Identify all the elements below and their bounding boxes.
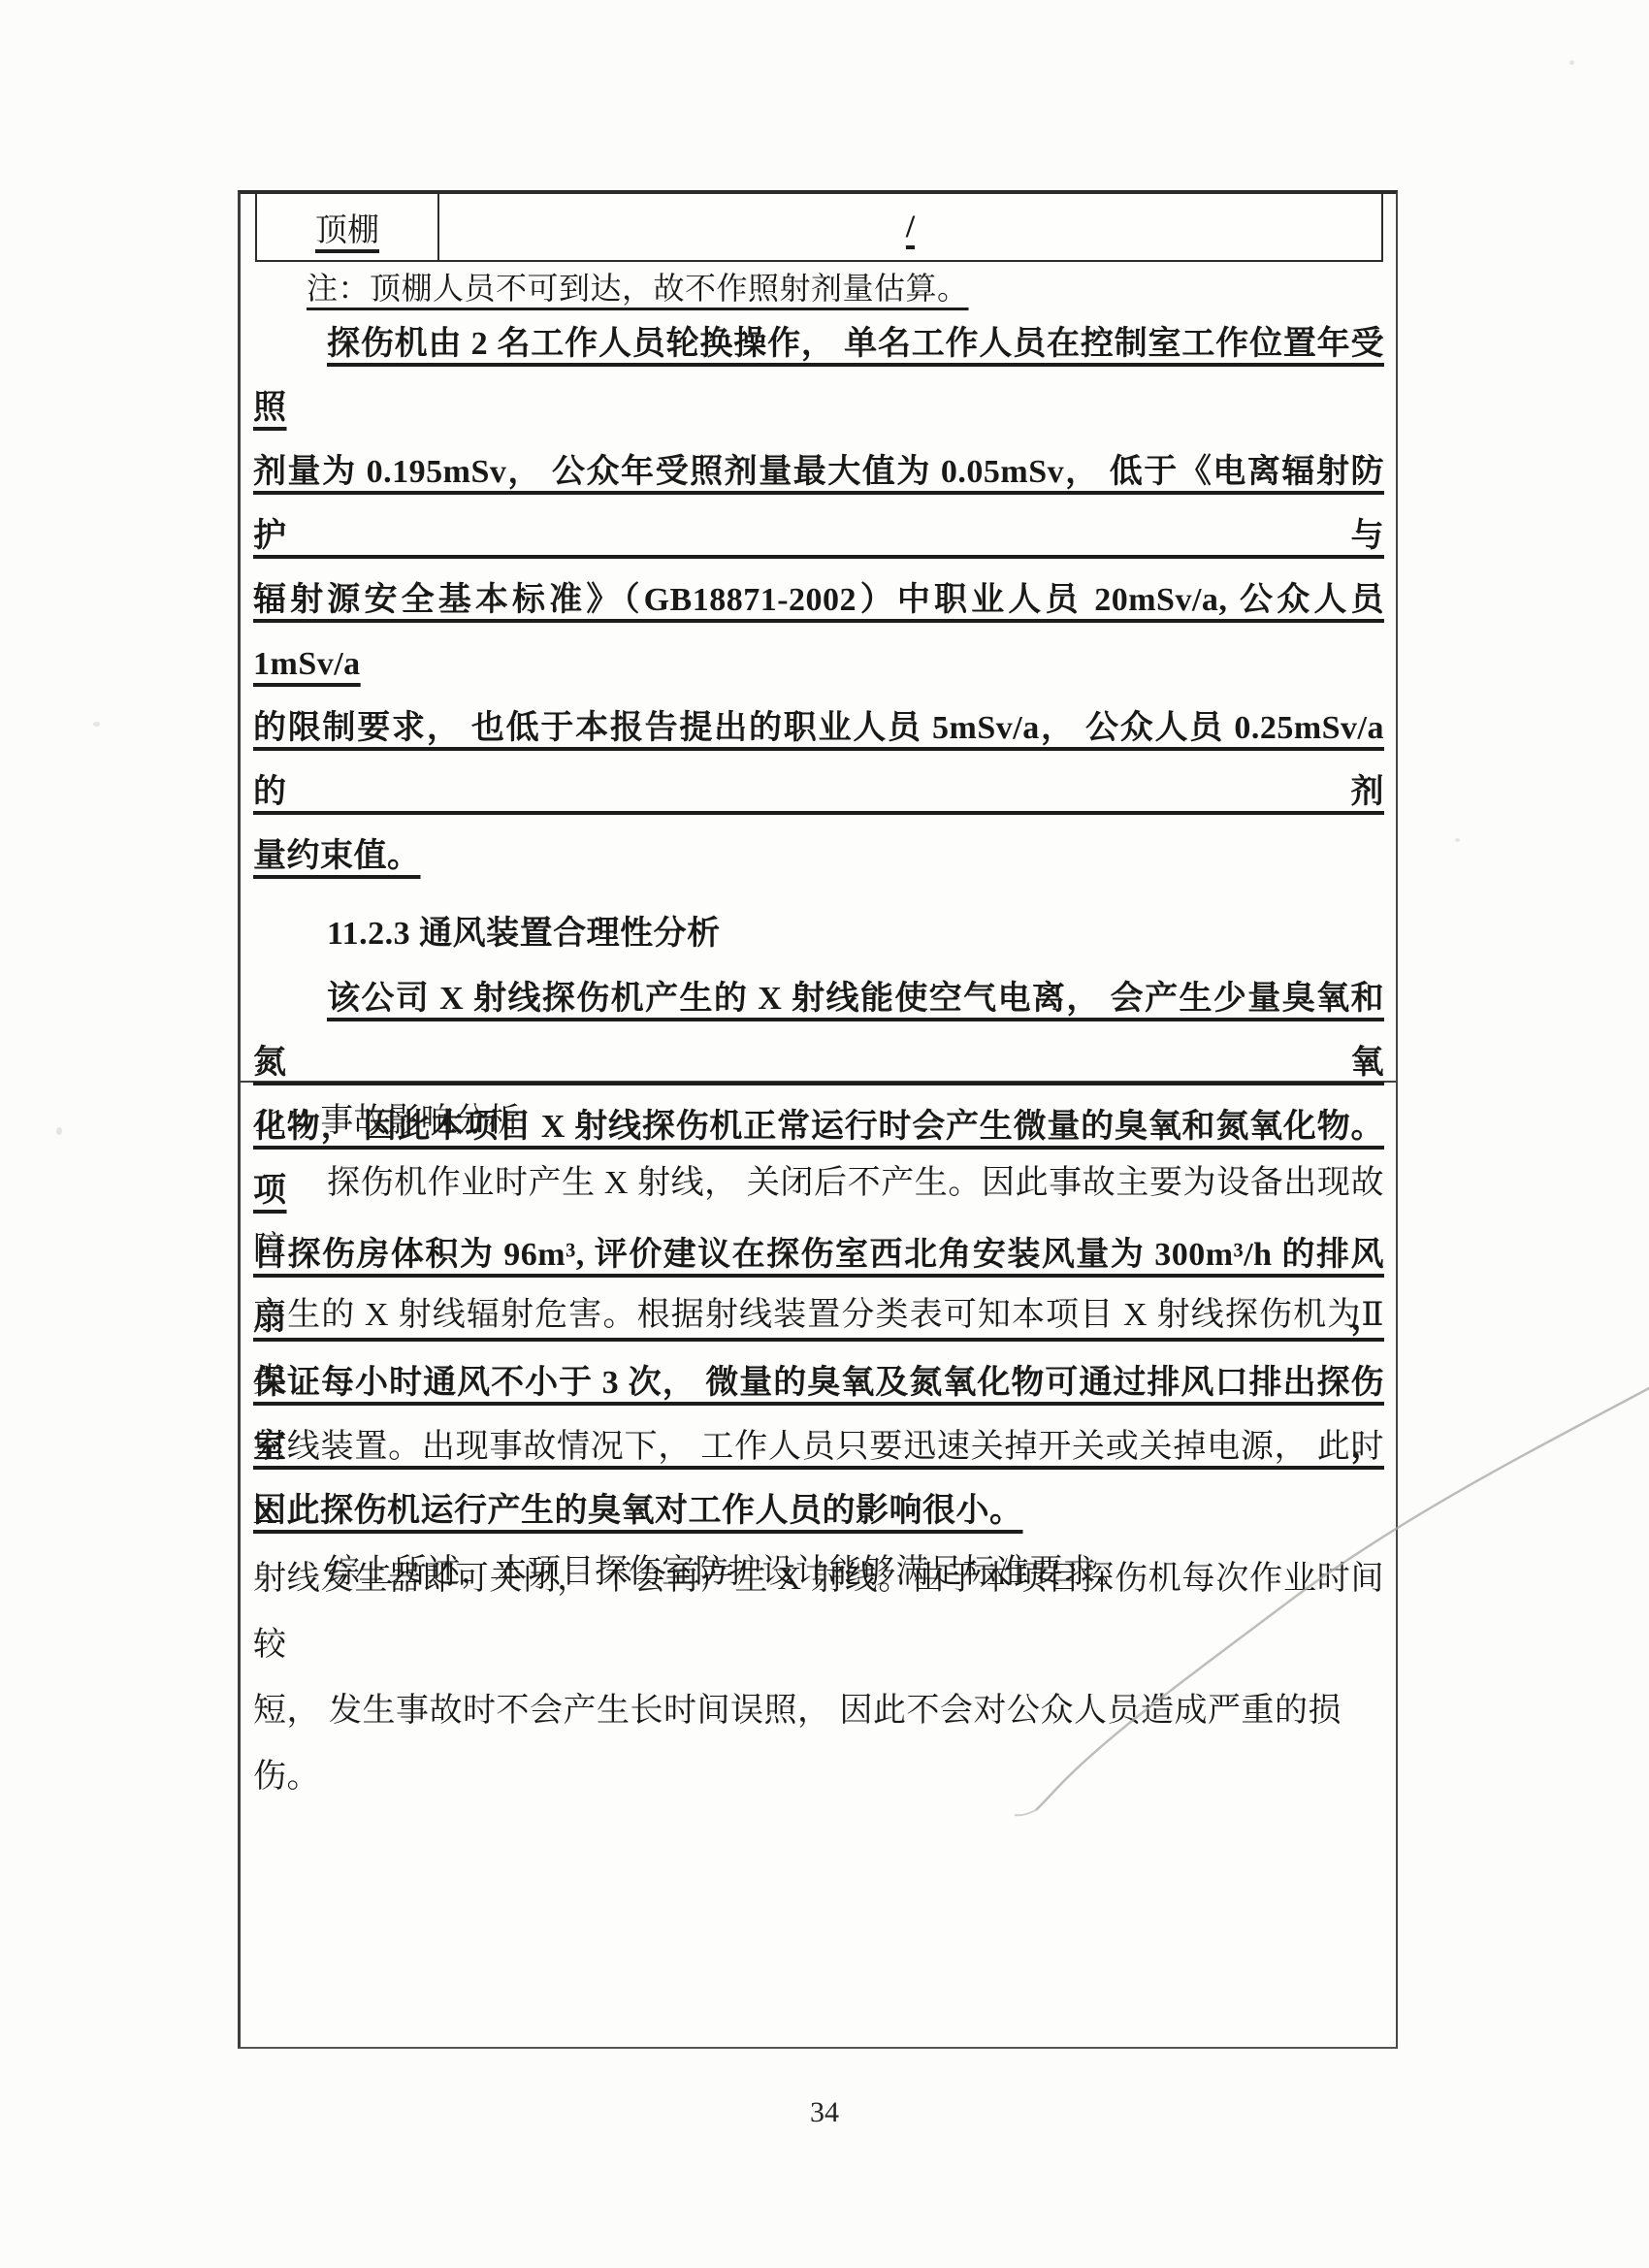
paragraph-line: 该公司 X 射线探伤机产生的 X 射线能使空气电离， 会产生少量臭氧和氮氧 <box>253 967 1384 1095</box>
paragraph-line: 量约束值。 <box>253 825 1384 889</box>
scan-speck <box>1455 838 1460 842</box>
ceiling-label: 顶棚 <box>315 205 379 250</box>
paragraph-line: 剂量为 0.195mSv， 公众年受照剂量最大值为 0.05mSv， 低于《电离… <box>253 440 1384 568</box>
paragraph-line: 射线装置。出现事故情况下， 工作人员只要迅速关掉开关或关掉电源， 此时 X <box>253 1414 1384 1546</box>
scan-speck <box>56 1127 62 1135</box>
heading-11-2-3: 11.2.3 通风装置合理性分析 <box>253 907 1384 961</box>
section-11-2-cell: 顶棚 / 注：顶棚人员不可到达，故不作照射剂量估算。 探伤机由 2 名工作人员轮… <box>241 194 1396 1083</box>
ceiling-table-row: 顶棚 / <box>255 194 1383 262</box>
section-11-4-cell: 11.4 事故影响分析 探伤机作业时产生 X 射线， 关闭后不产生。因此事故主要… <box>241 1085 1396 2047</box>
table-note-text: 注：顶棚人员不可到达，故不作照射剂量估算。 <box>307 271 969 306</box>
form-outer-border: 顶棚 / 注：顶棚人员不可到达，故不作照射剂量估算。 探伤机由 2 名工作人员轮… <box>238 190 1398 2049</box>
paragraph-line: 探伤机作业时产生 X 射线， 关闭后不产生。因此事故主要为设备出现故障 <box>253 1150 1384 1282</box>
scan-speck <box>93 722 100 727</box>
ceiling-table-label-cell: 顶棚 <box>257 194 439 260</box>
document-page: 顶棚 / 注：顶棚人员不可到达，故不作照射剂量估算。 探伤机由 2 名工作人员轮… <box>0 0 1649 2268</box>
paragraph-line: 探伤机由 2 名工作人员轮换操作， 单名工作人员在控制室工作位置年受照 <box>253 312 1384 440</box>
ceiling-value: / <box>906 210 915 245</box>
dose-summary-paragraph: 探伤机由 2 名工作人员轮换操作， 单名工作人员在控制室工作位置年受照 剂量为 … <box>253 312 1384 889</box>
paragraph-line: 辐射源安全基本标准》（GB18871-2002）中职业人员 20mSv/a, 公… <box>253 568 1384 697</box>
table-note: 注：顶棚人员不可到达，故不作照射剂量估算。 <box>253 264 1384 312</box>
page-number: 34 <box>0 2093 1649 2132</box>
scan-speck <box>1569 60 1574 65</box>
paragraph-line: 产生的 X 射线辐射危害。根据射线装置分类表可知本项目 X 射线探伤机为Ⅱ类 <box>253 1282 1384 1414</box>
accident-paragraph: 探伤机作业时产生 X 射线， 关闭后不产生。因此事故主要为设备出现故障 产生的 … <box>253 1150 1384 1810</box>
ceiling-table-value-cell: / <box>439 194 1381 260</box>
paragraph-line: 的限制要求， 也低于本报告提出的职业人员 5mSv/a， 公众人员 0.25mS… <box>253 697 1384 825</box>
paragraph-line: 射线发生器即可关闭， 不会再产生 X 射线。由于本项目探伤机每次作业时间较 <box>253 1546 1384 1678</box>
paragraph-line: 短， 发生事故时不会产生长时间误照， 因此不会对公众人员造成严重的损伤。 <box>253 1678 1384 1810</box>
heading-11-4: 11.4 事故影响分析 <box>253 1094 1384 1149</box>
